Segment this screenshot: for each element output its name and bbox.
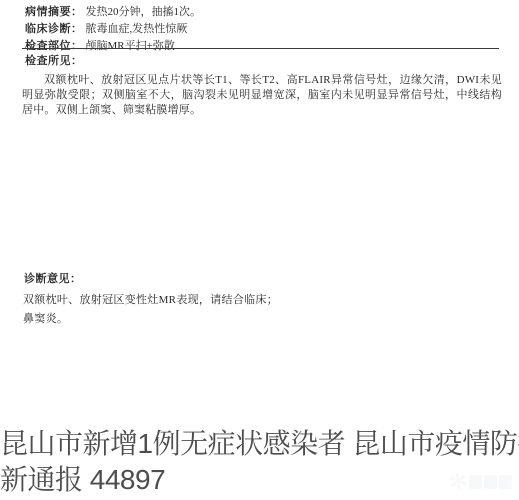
news-caption-line1: 昆山市新增1例无症状感染者 昆山市疫情防控 — [0, 426, 519, 462]
field-row-exam-site: 检查部位：颅脑MR平扫+弥散 — [25, 38, 519, 55]
field-value-clinical-diagnosis: 脓毒血症,发热性惊厥 — [86, 23, 188, 35]
findings-heading: 检查所见： — [0, 54, 519, 69]
findings-body: 双额枕叶、放射冠区见点片状等长T1、等长T2、高FLAIR异常信号灶，边缘欠清，… — [22, 73, 502, 118]
section-divider — [22, 48, 499, 49]
field-value-exam-site: 颅脑MR平扫+弥散 — [86, 40, 175, 52]
findings-section: 检查所见： 双额枕叶、放射冠区见点片状等长T1、等长T2、高FLAIR异常信号灶… — [0, 54, 519, 118]
page: 病情摘要：发热20分钟，抽搐1次。 临床诊断：脓毒血症,发热性惊厥 检查部位：颅… — [0, 0, 519, 500]
field-value-summary: 发热20分钟，抽搐1次。 — [86, 6, 202, 18]
field-row-clinical-diagnosis: 临床诊断：脓毒血症,发热性惊厥 — [25, 21, 519, 38]
news-caption: 昆山市新增1例无症状感染者 昆山市疫情防控 新通报 44897 — [0, 426, 519, 498]
diagnosis-line: 双额枕叶、放射冠区变性灶MR表现，请结合临床； — [0, 291, 519, 310]
field-label-exam-site: 检查部位： — [25, 40, 83, 52]
diagnosis-section: 诊断意见： 双额枕叶、放射冠区变性灶MR表现，请结合临床； 鼻窦炎。 — [0, 272, 519, 329]
diagnosis-heading: 诊断意见： — [0, 272, 519, 287]
medical-report: 病情摘要：发热20分钟，抽搐1次。 临床诊断：脓毒血症,发热性惊厥 检查部位：颅… — [0, 0, 519, 55]
news-caption-line2: 新通报 44897 — [0, 462, 519, 498]
field-label-summary: 病情摘要： — [25, 6, 83, 18]
report-header-fields: 病情摘要：发热20分钟，抽搐1次。 临床诊断：脓毒血症,发热性惊厥 检查部位：颅… — [0, 0, 519, 55]
field-label-clinical-diagnosis: 临床诊断： — [25, 23, 83, 35]
diagnosis-line: 鼻窦炎。 — [0, 310, 519, 329]
field-row-summary: 病情摘要：发热20分钟，抽搐1次。 — [25, 4, 519, 21]
